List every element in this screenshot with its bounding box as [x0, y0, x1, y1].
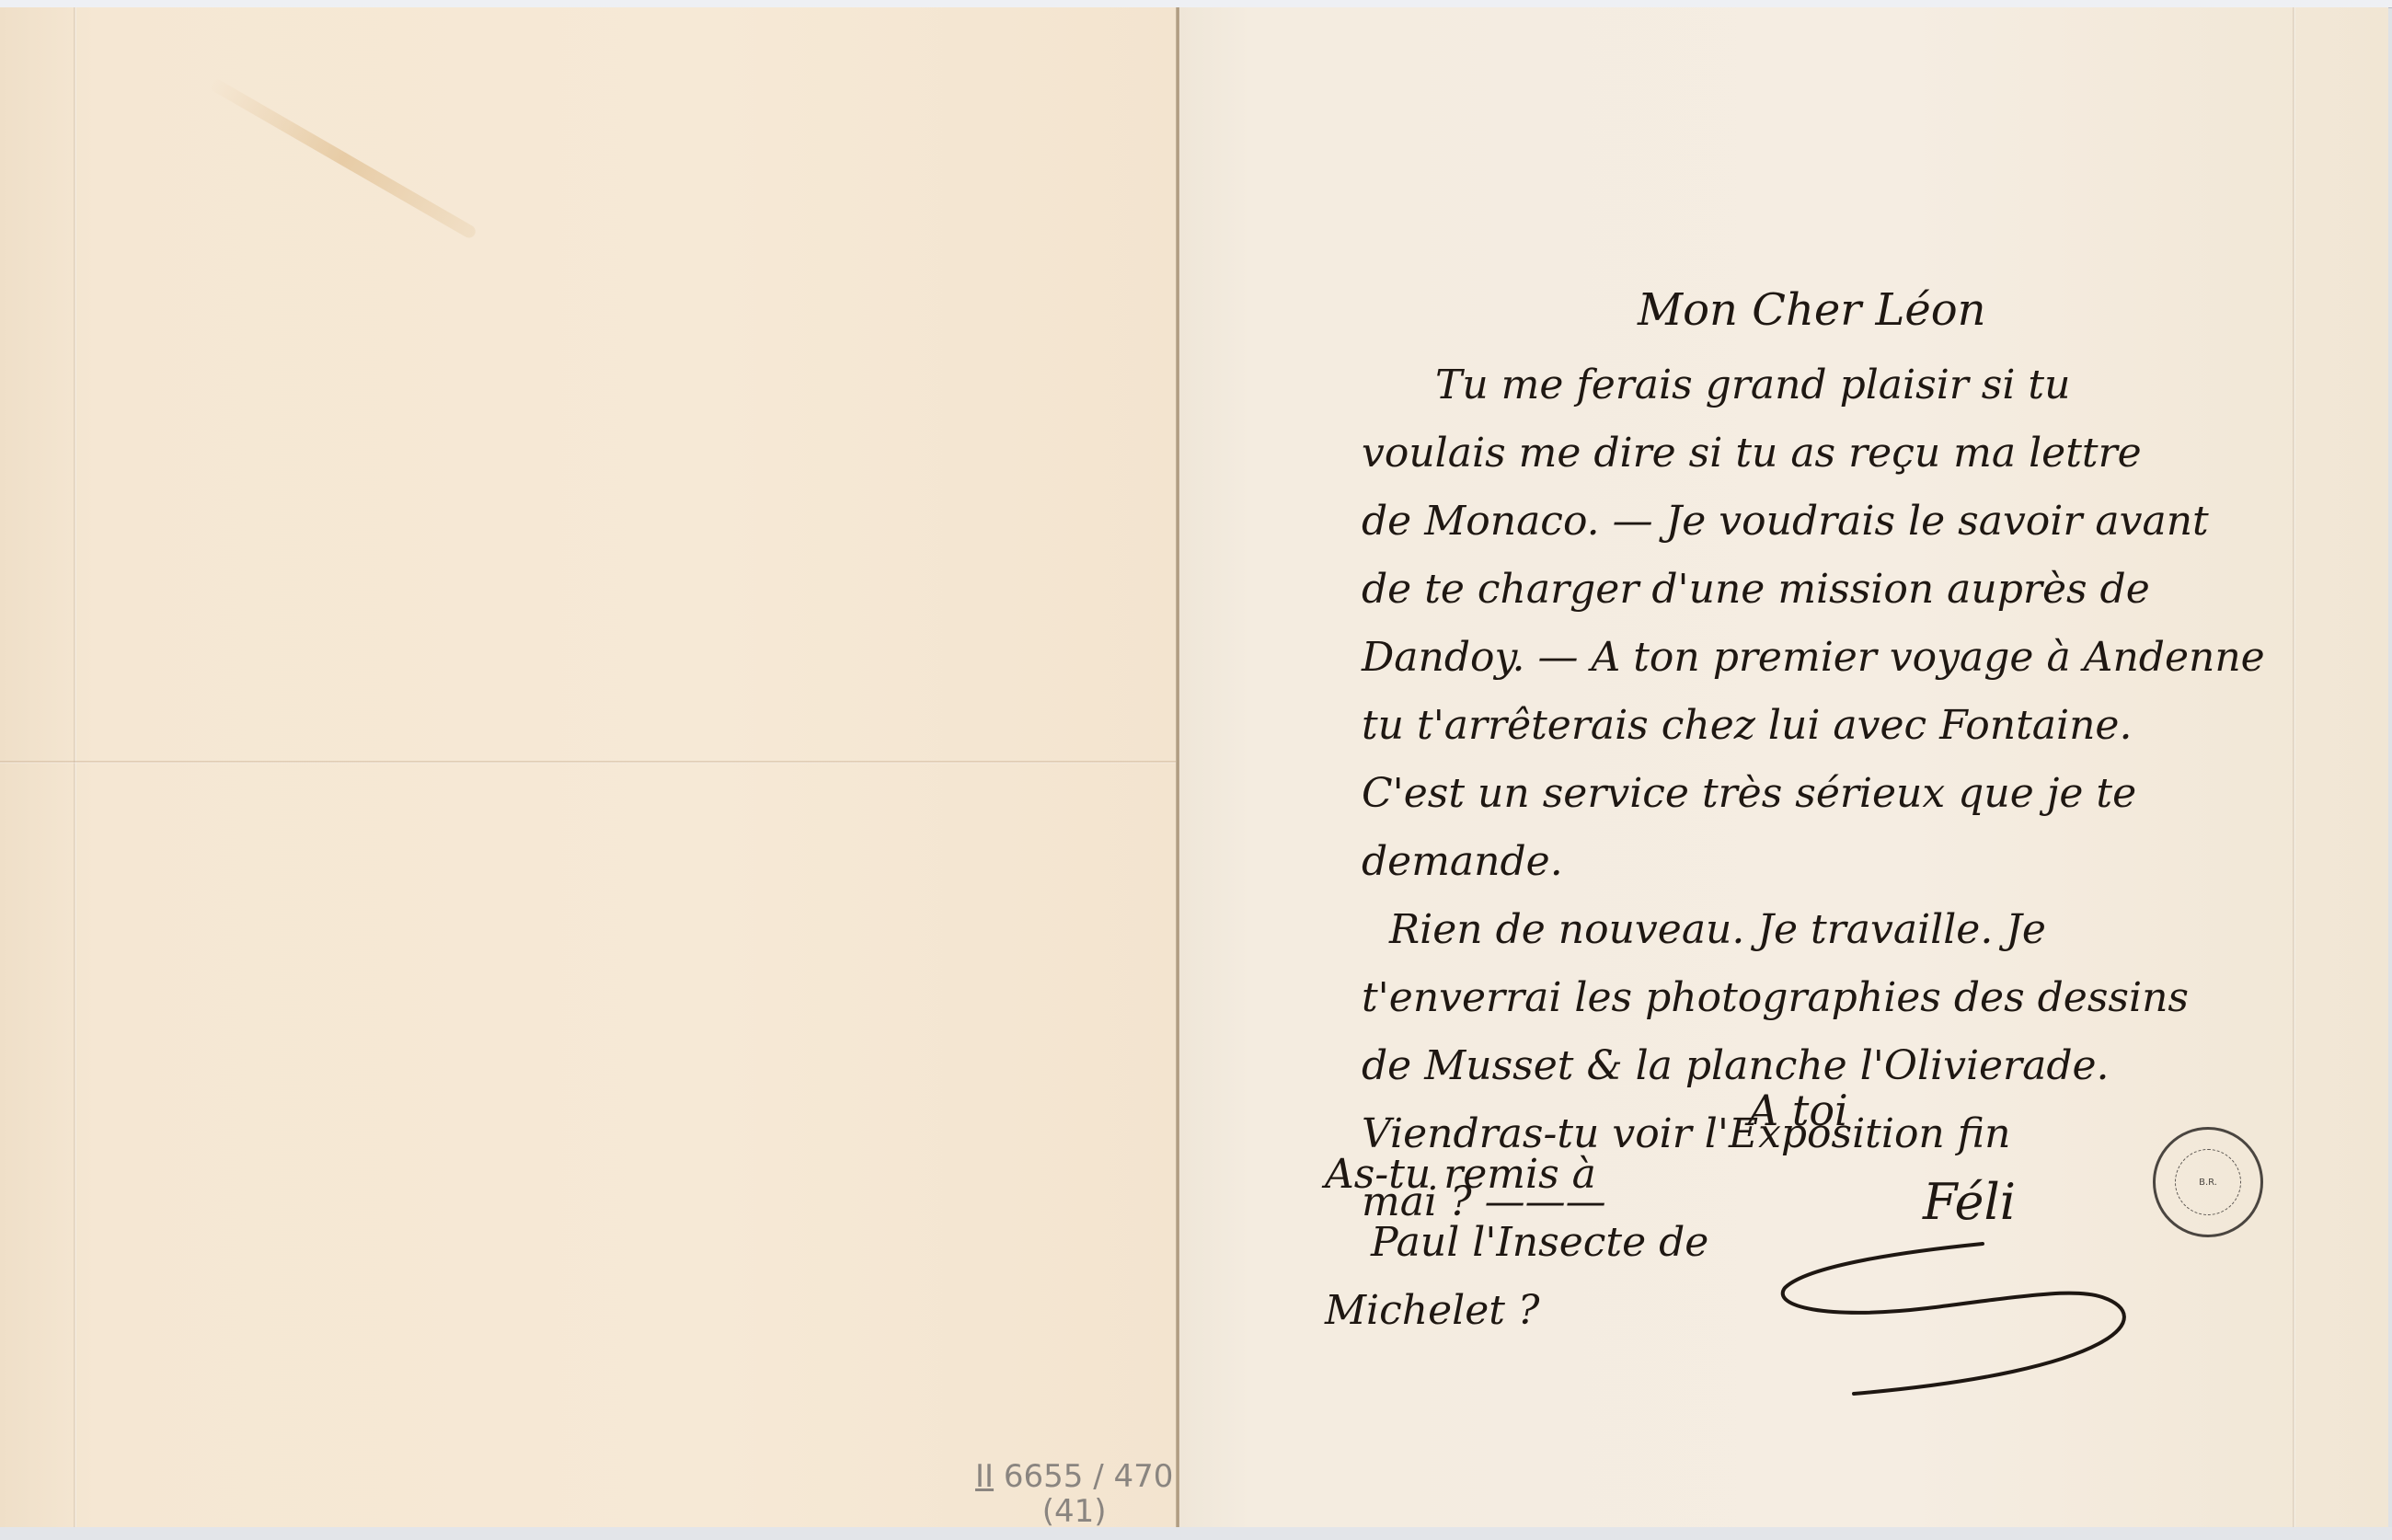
postscript-line: As-tu remis à: [1325, 1141, 1840, 1209]
signature: Féli: [1923, 1173, 2016, 1231]
shelfmark-roman: II: [975, 1458, 994, 1495]
left-page: II 6655 / 470 (41): [0, 7, 1179, 1527]
signature-flourish: [1771, 1233, 2157, 1398]
letter-line: Dandoy. — A ton premier voyage à Andenne: [1362, 624, 2300, 692]
letter-line: de te charger d'une mission auprès de: [1362, 556, 2300, 624]
library-stamp: B.R.: [2153, 1127, 2263, 1237]
stamp-center: B.R.: [2175, 1149, 2241, 1215]
shelfmark-number: 6655 / 470: [1004, 1458, 1174, 1495]
shelfmark-folio: (41): [975, 1494, 1173, 1529]
horizontal-fold: [0, 761, 1179, 764]
letter-line: tu t'arrêterais chez lui avec Fontaine.: [1362, 692, 2300, 760]
letter-line: t'enverrai les photographies des dessins: [1362, 964, 2300, 1032]
postscript: As-tu remis à Paul l'Insecte de Michelet…: [1325, 1141, 1840, 1345]
stamp-text: B.R.: [2199, 1178, 2217, 1188]
vertical-fold-left: [74, 7, 76, 1527]
letter-line: de Monaco. — Je voudrais le savoir avant: [1362, 488, 2300, 556]
scan-bottom-border: [0, 1527, 2392, 1540]
postscript-line: Michelet ?: [1325, 1277, 1840, 1345]
letter-line: voulais me dire si tu as reçu ma lettre: [1362, 419, 2300, 488]
letter-line: Rien de nouveau. Je travaille. Je: [1362, 896, 2300, 964]
diagonal-stain: [209, 77, 478, 240]
letter-line: Tu me ferais grand plaisir si tu: [1362, 351, 2300, 419]
salutation: Mon Cher Léon: [1638, 276, 2300, 344]
postscript-line: Paul l'Insecte de: [1325, 1209, 1840, 1277]
letter-line: C'est un service très sérieux que je te: [1362, 760, 2300, 828]
letter-line: demande.: [1362, 828, 2300, 896]
shelfmark-annotation: II 6655 / 470 (41): [975, 1459, 1173, 1529]
closing: A toi: [1748, 1086, 1848, 1135]
